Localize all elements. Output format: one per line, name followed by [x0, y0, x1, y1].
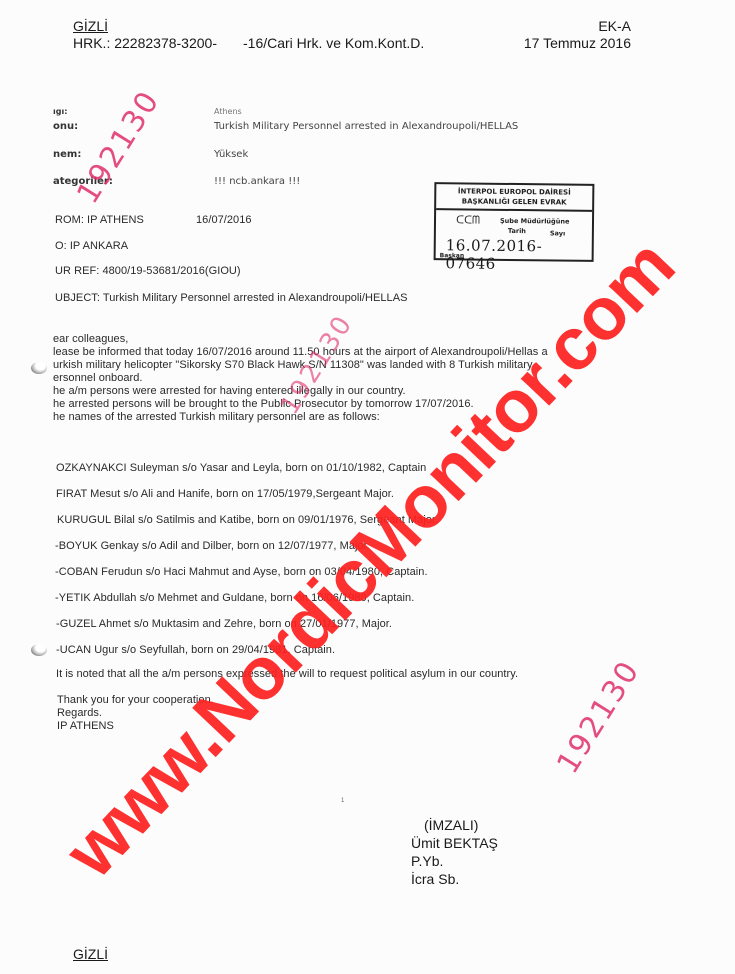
- signatory-title: P.Yb.: [411, 852, 443, 871]
- body-line: lease be informed that today 16/07/2016 …: [53, 346, 548, 359]
- classification-footer: GİZLİ: [73, 946, 108, 962]
- fax-our-ref: UR REF: 4800/19-53681/2016(GIOU): [55, 265, 241, 277]
- fax-from: ROM: IP ATHENS: [55, 214, 144, 226]
- stamp-branch: Şube Müdürlüğüne: [500, 217, 569, 226]
- serial-stamp: 192130: [550, 654, 647, 780]
- classification-header: GİZLİ: [73, 18, 108, 34]
- meta-label-subject: onu:: [53, 121, 78, 132]
- signed-label: (İMZALI): [424, 816, 478, 835]
- fax-subject: UBJECT: Turkish Military Personnel arres…: [55, 292, 408, 304]
- stamp-title: İNTERPOL EUROPOL DAİRESİ BAŞKANLIĞI GELE…: [436, 184, 592, 212]
- stamp-initials: ᑕᑕᗰ: [456, 213, 480, 227]
- meta-value-subject: Turkish Military Personnel arrested in A…: [214, 121, 518, 132]
- body-line: ear colleagues,: [53, 333, 548, 346]
- reference-department: -16/Cari Hrk. ve Kom.Kont.D.: [243, 35, 424, 51]
- meta-label-priority: nem:: [53, 149, 81, 160]
- stamp-date-label: Tarih: [508, 227, 526, 235]
- stamp-president: Başkan: [440, 252, 465, 259]
- meta-value: Athens: [214, 107, 242, 116]
- personnel-item: FIRAT Mesut s/o Ali and Hanife, born on …: [56, 488, 394, 500]
- fax-from-date: 16/07/2016: [196, 214, 252, 226]
- meta-label: ıgı:: [53, 107, 67, 116]
- received-stamp: İNTERPOL EUROPOL DAİRESİ BAŞKANLIĞI GELE…: [434, 182, 595, 262]
- fax-to: O: IP ANKARA: [55, 240, 128, 252]
- annex-label: EK-A: [598, 18, 631, 34]
- meta-value-categories: !!! ncb.ankara !!!: [214, 176, 300, 187]
- page-mark: 1: [341, 798, 344, 804]
- reference-number: HRK.: 22282378-3200-: [73, 35, 217, 51]
- personnel-item: OZKAYNAKCI Suleyman s/o Yasar and Leyla,…: [56, 462, 426, 474]
- meta-value-priority: Yüksek: [214, 149, 248, 160]
- serial-stamp: 192130: [70, 84, 167, 210]
- signatory-name: Ümit BEKTAŞ: [411, 834, 498, 853]
- stamp-date-number: 16.07.2016-07646: [445, 236, 591, 274]
- punch-hole-icon: [31, 362, 47, 374]
- stamp-number-label: Sayı: [550, 229, 565, 237]
- stamp-title-line2: BAŞKANLIĞI GELEN EVRAK: [436, 196, 592, 208]
- punch-hole-icon: [31, 644, 47, 656]
- signatory-unit: İcra Sb.: [411, 870, 459, 889]
- watermark-text: www.NordicMonitor.com: [48, 223, 690, 894]
- document-date: 17 Temmuz 2016: [524, 35, 631, 51]
